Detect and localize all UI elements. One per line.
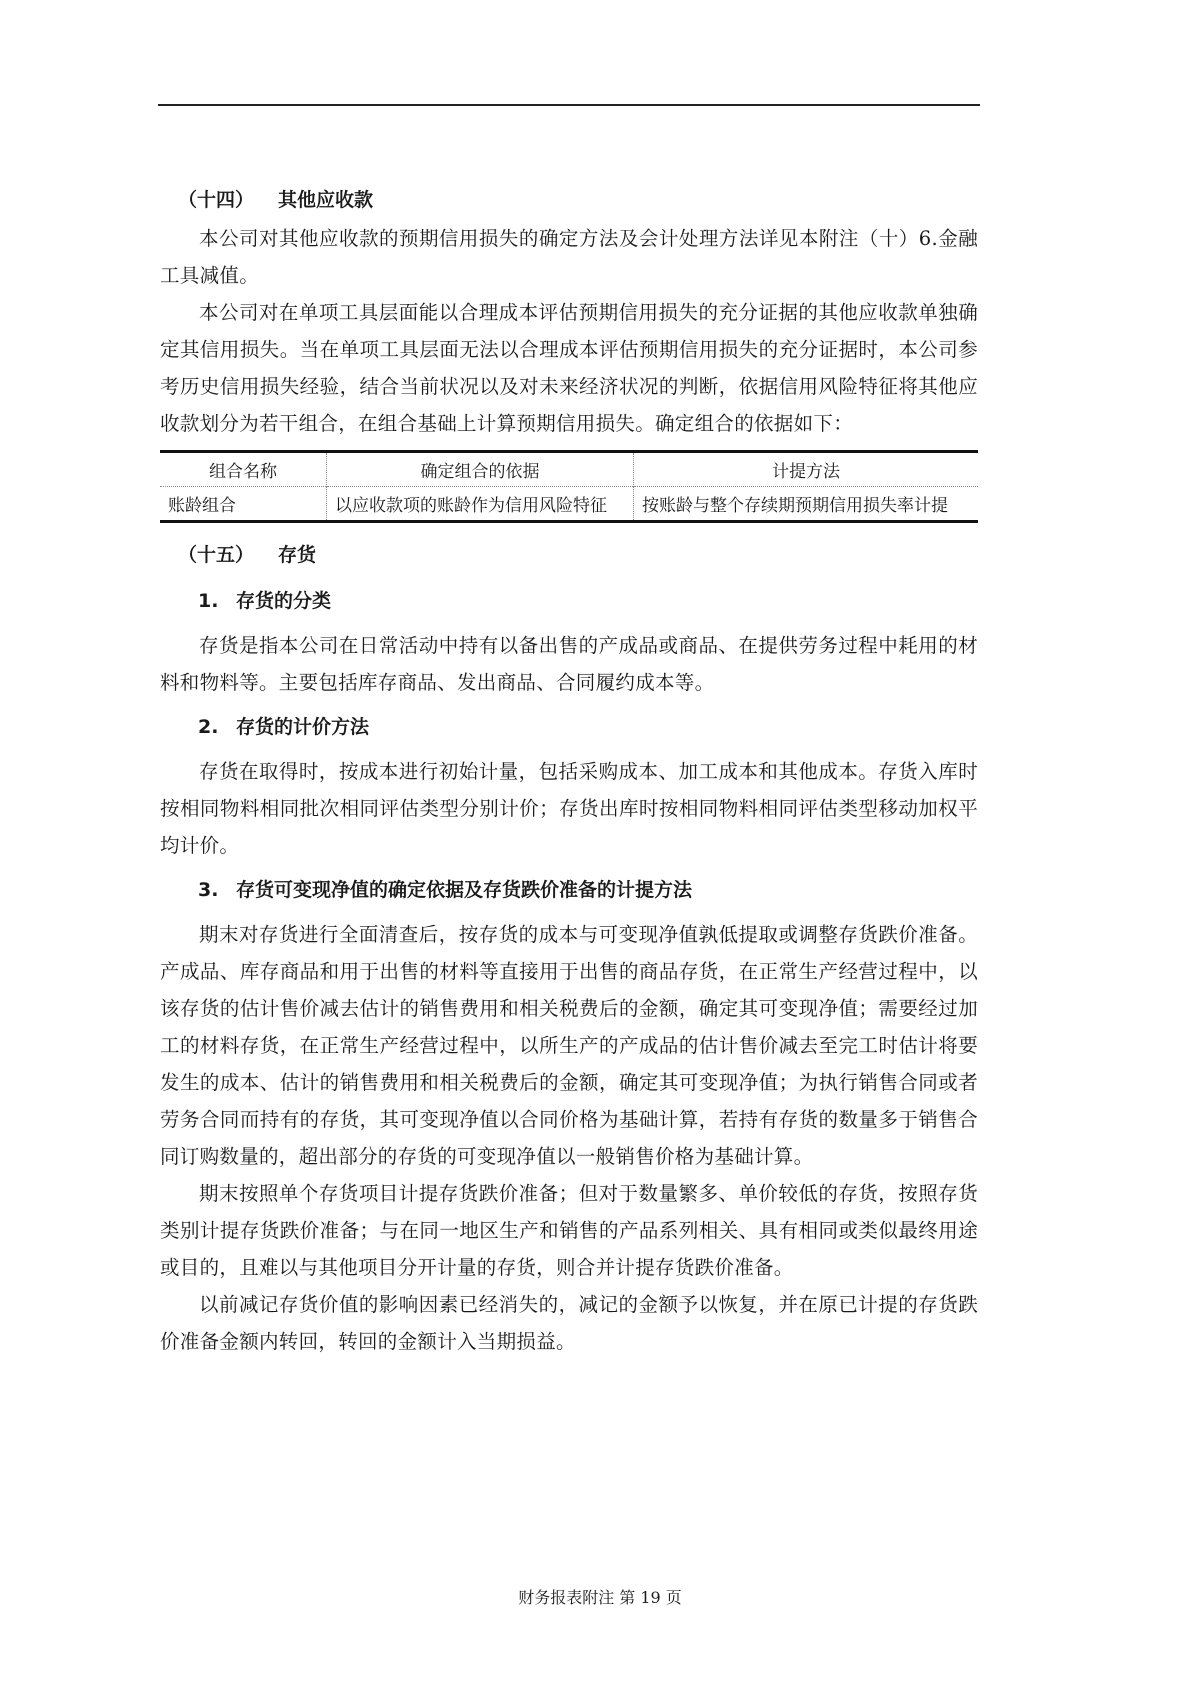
column-header: 确定组合的依据 — [327, 452, 634, 487]
paragraph: 存货在取得时，按成本进行初始计量，包括采购成本、加工成本和其他成本。存货入库时按… — [160, 753, 978, 864]
column-header: 计提方法 — [634, 452, 979, 487]
page-content: （十四）其他应收款 本公司对其他应收款的预期信用损失的确定方法及会计处理方法详见… — [160, 180, 978, 1360]
table-cell: 账龄组合 — [160, 487, 327, 522]
paragraph: 本公司对其他应收款的预期信用损失的确定方法及会计处理方法详见本附注（十）6.金融… — [160, 220, 978, 294]
page-footer: 财务报表附注 第 19 页 — [0, 1585, 1200, 1608]
section-title: 存货 — [278, 544, 316, 566]
section-title: 其他应收款 — [278, 189, 373, 211]
paragraph: 存货是指本公司在日常活动中持有以备出售的产成品或商品、在提供劳务过程中耗用的材料… — [160, 627, 978, 701]
table-cell: 以应收款项的账龄作为信用风险特征 — [327, 487, 634, 522]
table-cell: 按账龄与整个存续期预期信用损失率计提 — [634, 487, 979, 522]
paragraph: 本公司对在单项工具层面能以合理成本评估预期信用损失的充分证据的其他应收款单独确定… — [160, 294, 978, 442]
subheading-number: 1. — [198, 575, 236, 627]
paragraph: 以前减记存货价值的影响因素已经消失的，减记的金额予以恢复，并在原已计提的存货跌价… — [160, 1286, 978, 1360]
column-header: 组合名称 — [160, 452, 327, 487]
section-heading-inventory: （十五）存货 — [160, 535, 978, 575]
portfolio-table: 组合名称 确定组合的依据 计提方法 账龄组合 以应收款项的账龄作为信用风险特征 … — [160, 450, 978, 523]
subheading-number: 2. — [198, 701, 236, 753]
table-header-row: 组合名称 确定组合的依据 计提方法 — [160, 452, 978, 487]
header-rule — [158, 104, 980, 106]
table-row: 账龄组合 以应收款项的账龄作为信用风险特征 按账龄与整个存续期预期信用损失率计提 — [160, 487, 978, 522]
subheading-inventory-valuation: 2.存货的计价方法 — [160, 701, 978, 753]
section-number: （十四） — [178, 180, 278, 220]
section-heading-other-receivables: （十四）其他应收款 — [160, 180, 978, 220]
subheading-title: 存货可变现净值的确定依据及存货跌价准备的计提方法 — [236, 879, 692, 901]
paragraph: 期末按照单个存货项目计提存货跌价准备；但对于数量繁多、单价较低的存货，按照存货类… — [160, 1175, 978, 1286]
subheading-number: 3. — [198, 864, 236, 916]
subheading-inventory-classification: 1.存货的分类 — [160, 575, 978, 627]
subheading-net-realizable-value: 3.存货可变现净值的确定依据及存货跌价准备的计提方法 — [160, 864, 978, 916]
paragraph: 期末对存货进行全面清查后，按存货的成本与可变现净值孰低提取或调整存货跌价准备。产… — [160, 916, 978, 1175]
subheading-title: 存货的分类 — [236, 590, 331, 612]
section-number: （十五） — [178, 535, 278, 575]
subheading-title: 存货的计价方法 — [236, 716, 369, 738]
